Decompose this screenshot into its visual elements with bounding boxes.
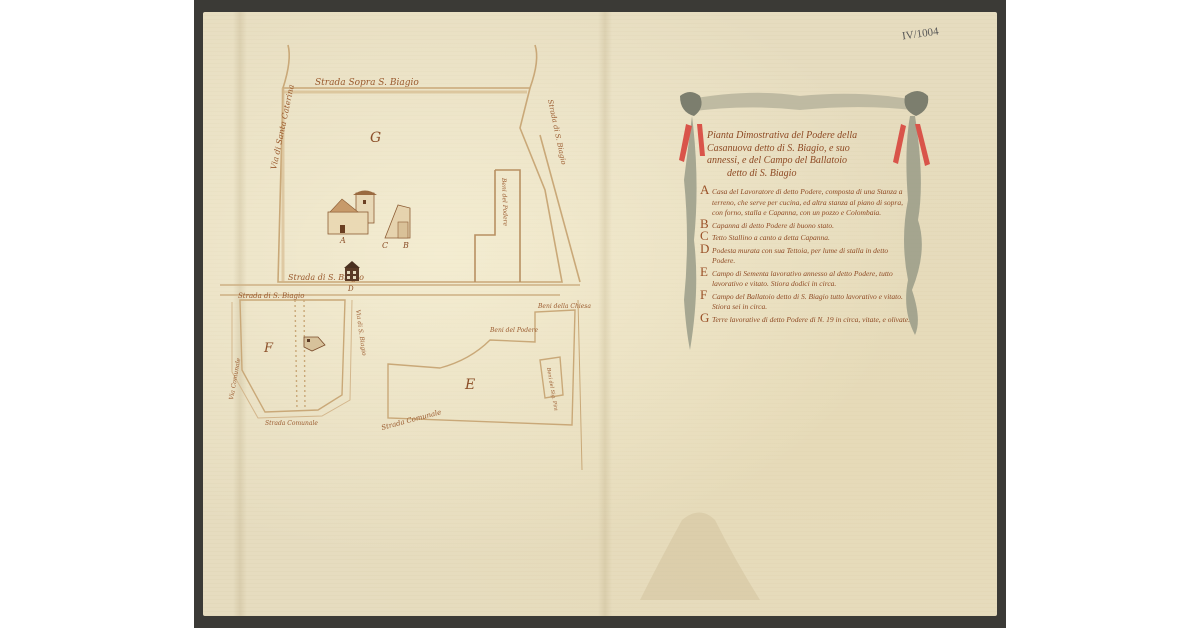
- building-a-icon: [328, 191, 377, 235]
- f-south-road-label: Strada Comunale: [265, 420, 318, 427]
- water-stain: [640, 513, 760, 601]
- map-drawing: G Strada Sopra S. Biagio Via di Santa Ca…: [0, 0, 1200, 628]
- road-label-north: Strada Sopra S. Biagio: [315, 78, 419, 88]
- building-d-icon: [344, 261, 360, 281]
- legend-item: CTetto Stallino a canto a detta Capanna.: [700, 233, 910, 244]
- parcel-label-g: G: [370, 130, 381, 146]
- legend-item: ACasa del Lavoratore di detto Podere, co…: [700, 187, 910, 219]
- building-label-a: A: [339, 236, 346, 245]
- parcel-f: [232, 300, 352, 418]
- f-north-road-label: Strada di S. Biagio: [238, 292, 304, 300]
- building-label-d: D: [347, 285, 354, 293]
- cartouche-legend: ACasa del Lavoratore di detto Podere, co…: [700, 187, 910, 327]
- parcel-f-marker-icon: [304, 337, 325, 351]
- road-label-east: Strada di S. Biagio: [546, 99, 568, 166]
- f-east-road-label: Via di S. Biagio: [354, 309, 367, 356]
- legend-item: GTerre lavorative di detto Podere di N. …: [700, 315, 910, 326]
- title-line: Pianta Dimostrativa del Podere della: [707, 130, 907, 143]
- e-note-2: Beni della Chiesa: [537, 303, 591, 310]
- e-note-1: Beni del Podere: [489, 327, 539, 334]
- cartouche-title: Pianta Dimostrativa del Podere della Cas…: [707, 130, 907, 180]
- title-line: Casanuova detto di S. Biagio, e suo: [707, 143, 907, 156]
- building-label-b: B: [402, 241, 409, 250]
- building-b-c-icon: [385, 205, 410, 238]
- legend-item: ECampo di Sementa lavorativo annesso al …: [700, 269, 910, 290]
- e-note-3: Beni del Sig. Pini: [545, 366, 559, 411]
- parcel-label-f: F: [263, 341, 274, 356]
- legend-item: DPodesta murata con sua Tettoia, per lum…: [700, 246, 910, 267]
- parcel-label-e: E: [464, 377, 475, 393]
- legend-item: FCampo del Ballatoio detto di S. Biagio …: [700, 292, 910, 313]
- building-label-c: C: [382, 241, 388, 250]
- g-east-note: Beni del Podere: [500, 177, 509, 227]
- title-line: annessi, e del Campo del Ballatoio: [707, 155, 907, 168]
- legend-item: BCapanna di detto Podere di buono stato.: [700, 221, 910, 232]
- f-west-road-label: Via Comunale: [228, 357, 242, 400]
- title-line: detto di S. Biagio: [707, 168, 907, 181]
